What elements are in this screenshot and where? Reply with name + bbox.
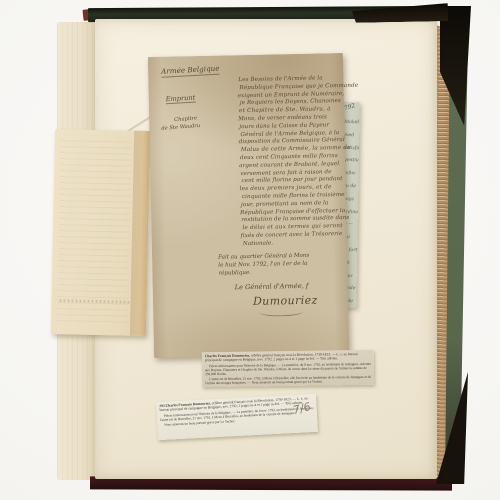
letter-body-text: Les Besoins de l'Armée de laRépublique F…	[238, 75, 344, 249]
folded-document-ruling	[57, 135, 132, 325]
photo-of-open-autograph-album: 1792 Malad,medsatisfaitgentiumrefusvu de…	[0, 0, 500, 500]
clipping-paragraph: Pièces intéressantes pour l'histoire de …	[205, 362, 371, 376]
clipping-paragraph: L'autre est de Bruxelles, 21 nov. 1792, …	[205, 375, 371, 385]
docket-title: Armée Belgique	[161, 64, 220, 78]
letter-closing-line: république.	[218, 268, 309, 278]
clipping-lead: Charles François Dumouriez, célèbre géné…	[205, 352, 371, 363]
signature-dumouriez: Dumouriez	[253, 294, 318, 308]
docket-chapter-line1: Chapitre	[174, 115, 197, 123]
catalogue-clipping-top: Charles François Dumouriez, célèbre géné…	[202, 350, 374, 388]
docket-chapter-line2: de Ste Waudru	[161, 123, 200, 132]
folded-document-left	[51, 129, 150, 336]
signature-role: Le Général d'Armée, f	[235, 282, 309, 292]
letter-body-line: Nationale.	[243, 239, 344, 249]
docket-subtitle: Emprunt	[166, 94, 196, 105]
manuscript-letter-dumouriez: Armée Belgique Emprunt Chapitre de Ste W…	[148, 53, 349, 358]
letter-closing-text: Fait au quartier Général à Monsle huit N…	[218, 252, 310, 278]
